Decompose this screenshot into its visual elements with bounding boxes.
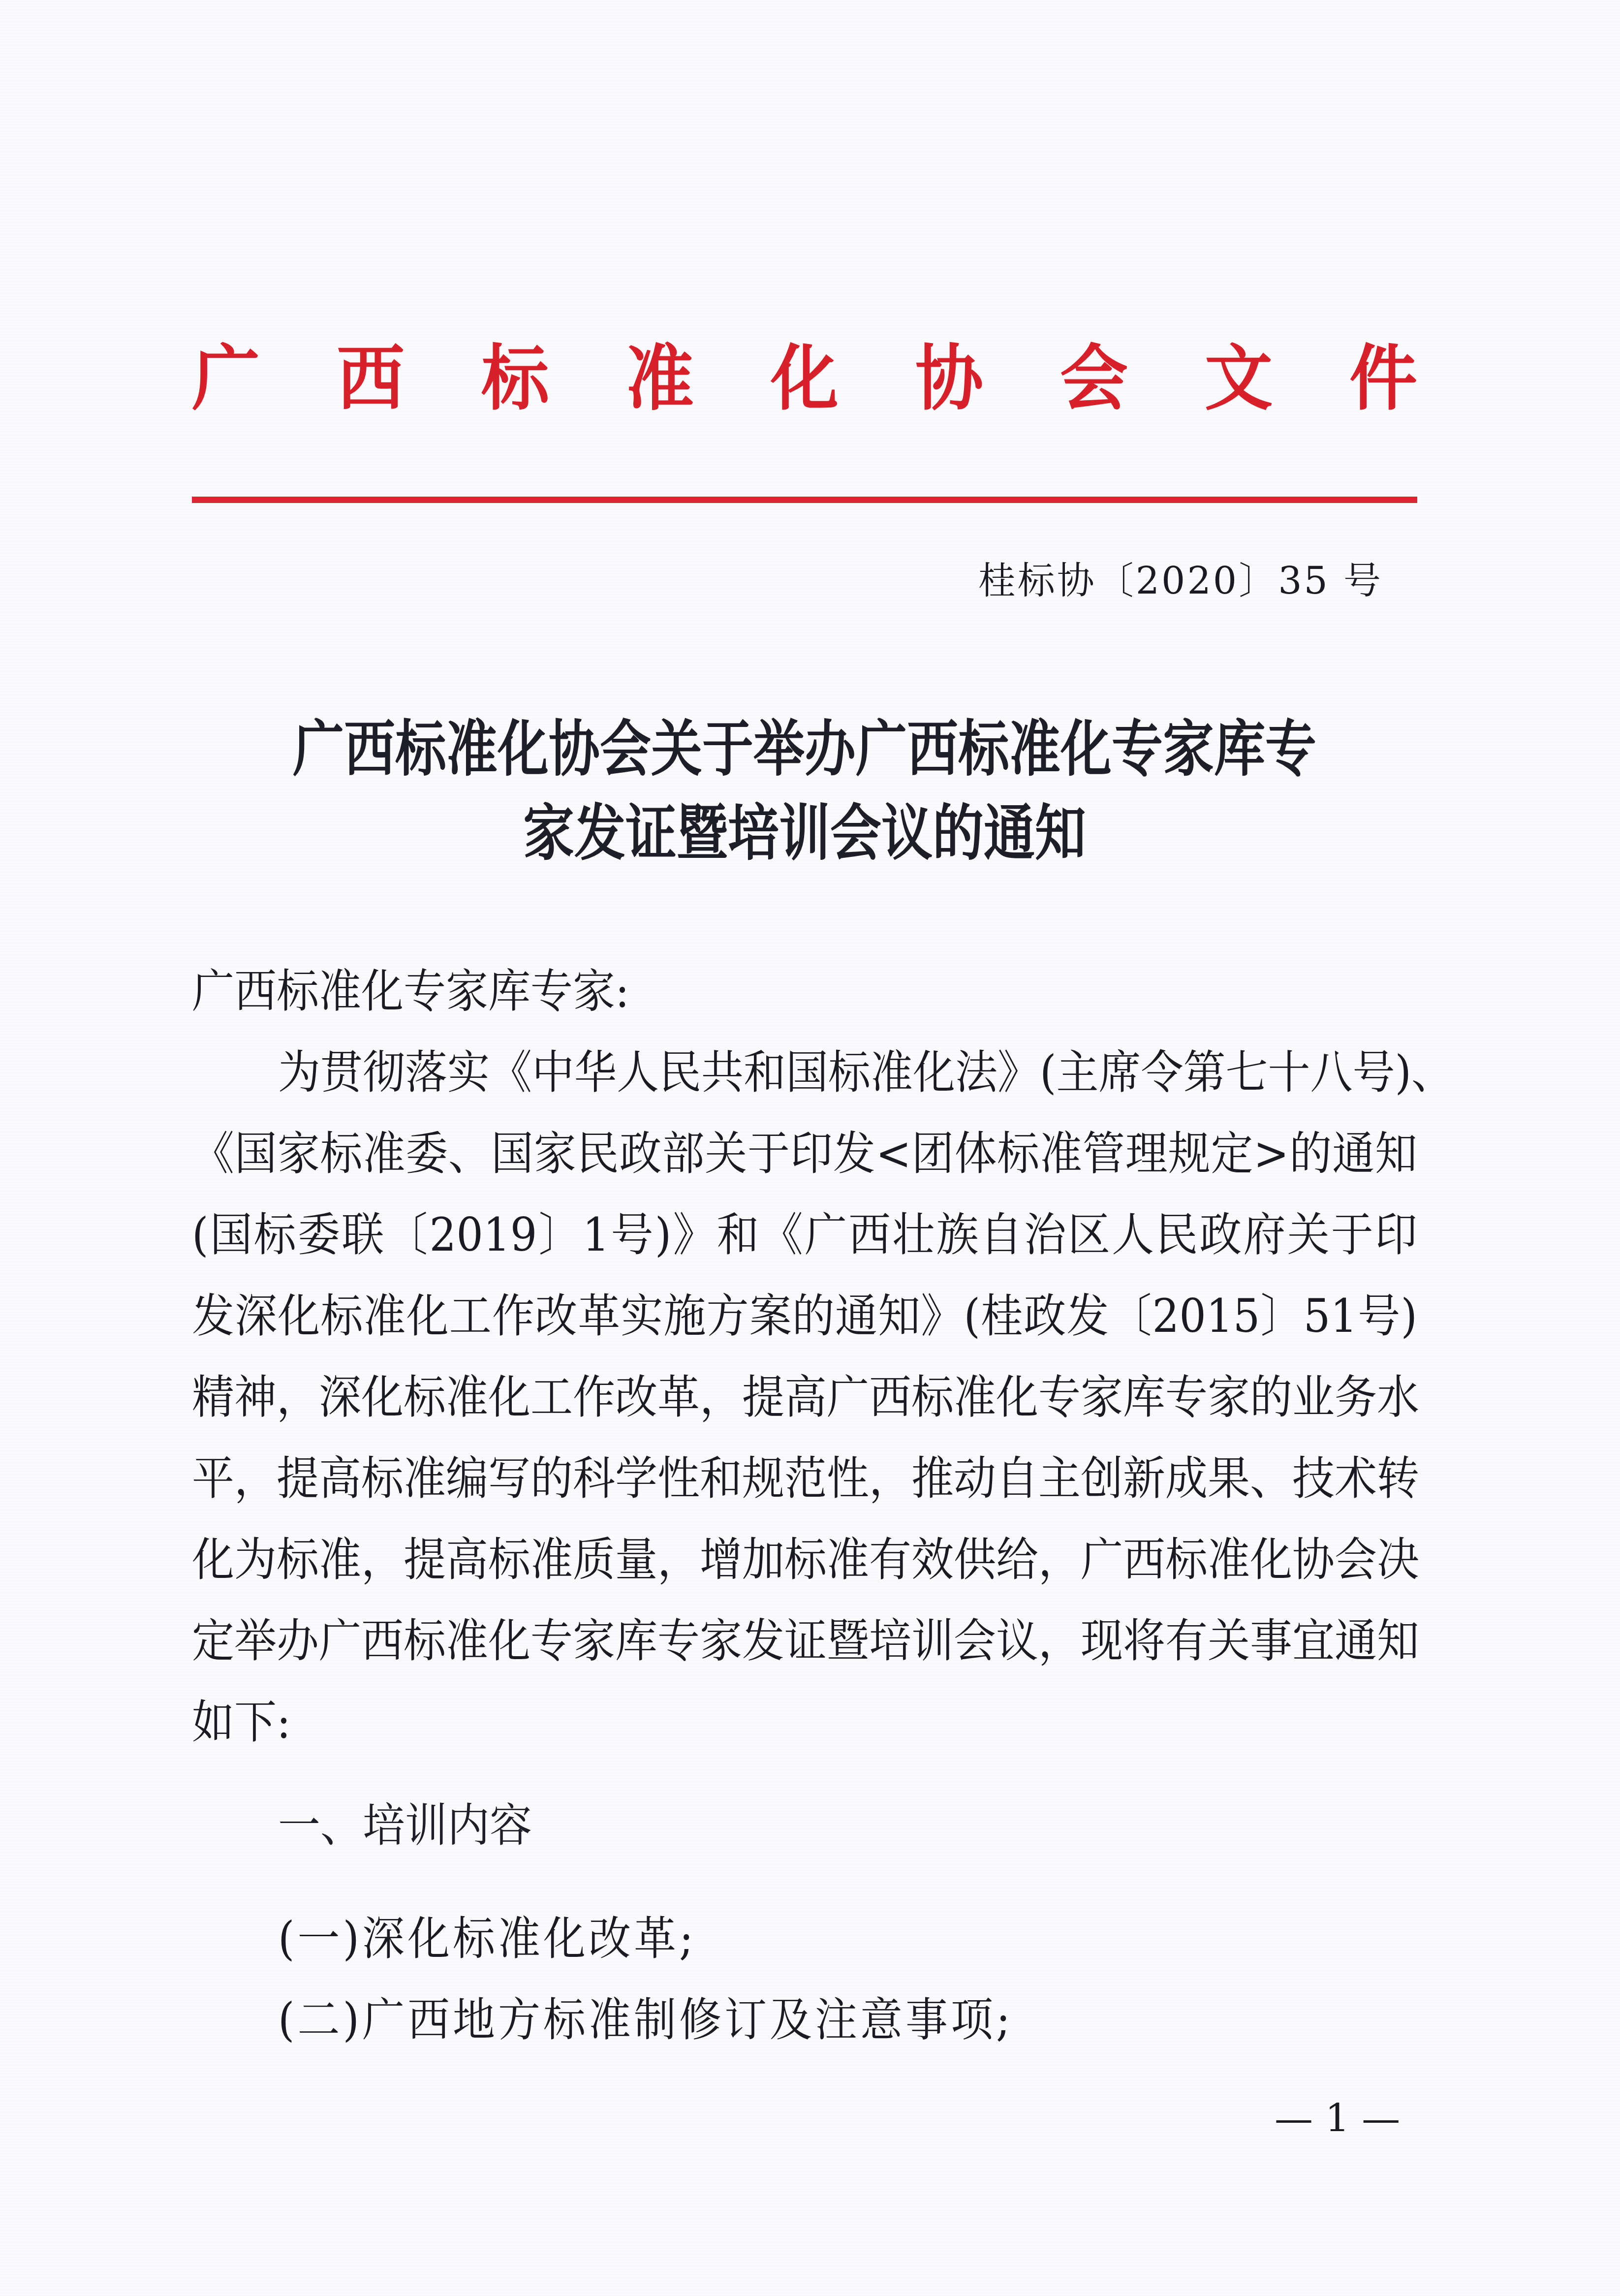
document-page: 广 西 标 准 化 协 会 文 件 桂标协〔2020〕35 号 广西标准化协会关… (0, 0, 1620, 2296)
document-title-line-1: 广西标准化协会关于举办广西标准化专家库专 (192, 711, 1417, 786)
body-paragraph-line: 《国家标准委、国家民政部关于印发<团体标准管理规定>的通知 (192, 1125, 1417, 1183)
header-char: 广 (192, 338, 260, 420)
header-char: 标 (481, 338, 549, 420)
header-char: 会 (1060, 338, 1128, 420)
header-char: 件 (1349, 338, 1417, 420)
header-char: 协 (915, 338, 983, 420)
body-paragraph-line: 化为标准，提高标准质量，增加标准有效供给，广西标准化协会决 (192, 1531, 1417, 1589)
document-title-line-2: 家发证暨培训会议的通知 (192, 795, 1417, 871)
header-char: 文 (1205, 338, 1273, 420)
salutation: 广西标准化专家库专家: (192, 962, 1417, 1021)
section-heading-training-content: 一、培训内容 (278, 1796, 532, 1855)
body-paragraph-line: 平，提高标准编写的科学性和规范性，推动自主创新成果、技术转 (192, 1449, 1417, 1508)
body-paragraph-line: (国标委联〔2019〕1号)》和《广西壮族自治区人民政府关于印 (192, 1206, 1417, 1264)
body-paragraph-line: 为贯彻落实《中华人民共和国标准化法》(主席令第七十八号)、 (278, 1043, 1417, 1102)
section-item: (一)深化标准化改革; (278, 1910, 696, 1968)
body-paragraph-line: 精神，深化标准化工作改革，提高广西标准化专家库专家的业务水 (192, 1368, 1417, 1427)
body-paragraph-line: 如下: (192, 1693, 1417, 1752)
org-header-title: 广 西 标 准 化 协 会 文 件 (192, 340, 1417, 418)
body-paragraph-line: 发深化标准化工作改革实施方案的通知》(桂政发〔2015〕51号) (192, 1287, 1417, 1346)
body-paragraph-line: 定举办广西标准化专家库专家发证暨培训会议，现将有关事宜通知 (192, 1612, 1417, 1670)
document-number: 桂标协〔2020〕35 号 (978, 556, 1383, 605)
page-number: — 1 — (1275, 2094, 1400, 2143)
header-char: 西 (337, 338, 405, 420)
red-header-divider (192, 497, 1417, 503)
header-char: 准 (626, 338, 694, 420)
header-char: 化 (771, 338, 839, 420)
section-item: (二)广西地方标准制修订及注意事项; (278, 1991, 1013, 2049)
